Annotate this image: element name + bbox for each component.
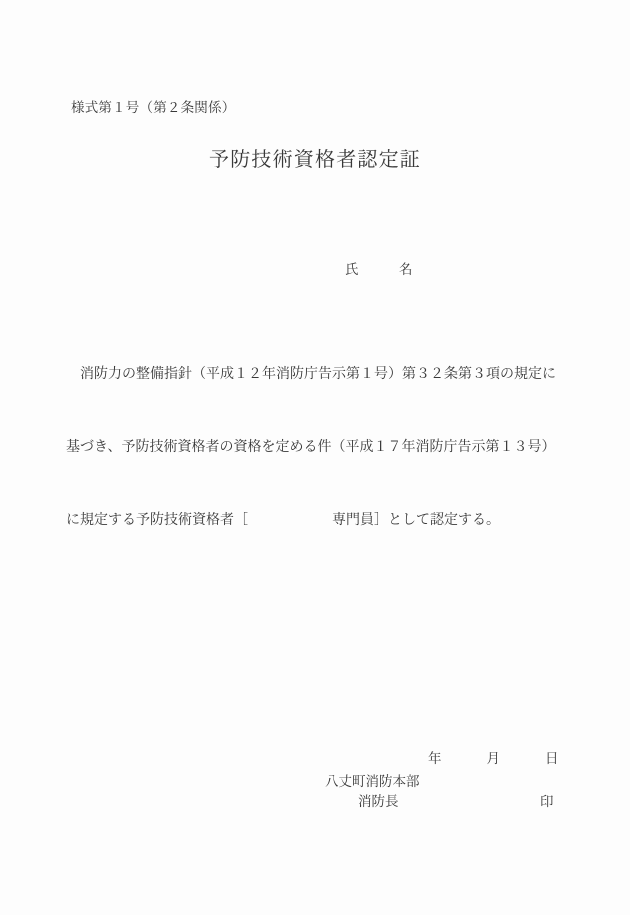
date-month-label: 月 bbox=[487, 747, 501, 767]
form-number-label: 様式第１号（第２条関係） bbox=[71, 96, 235, 116]
body-line-3: に規定する予防技術資格者［ 専門員］として認定する。 bbox=[66, 509, 566, 533]
date-line: 年 月 日 bbox=[428, 747, 559, 767]
certificate-document-page: 様式第１号（第２条関係） 予防技術資格者認定証 氏 名 消防力の整備指針（平成１… bbox=[0, 0, 630, 915]
date-year-label: 年 bbox=[428, 747, 442, 767]
name-field-label: 氏 名 bbox=[345, 258, 413, 278]
signer-title: 消防長 bbox=[358, 790, 399, 810]
organization-name: 八丈町消防本部 bbox=[325, 770, 420, 790]
body-line-2: 基づき、予防技術資格者の資格を定める件（平成１７年消防庁告示第１３号） bbox=[66, 436, 566, 460]
certification-body-paragraph: 消防力の整備指針（平成１２年消防庁告示第１号）第３２条第３項の規定に 基づき、予… bbox=[66, 314, 566, 582]
signature-line: 消防長 印 bbox=[0, 790, 630, 810]
document-title: 予防技術資格者認定証 bbox=[0, 143, 630, 172]
body-line-1: 消防力の整備指針（平成１２年消防庁告示第１号）第３２条第３項の規定に bbox=[66, 363, 566, 387]
date-day-label: 日 bbox=[545, 747, 559, 767]
seal-placeholder: 印 bbox=[540, 790, 554, 810]
